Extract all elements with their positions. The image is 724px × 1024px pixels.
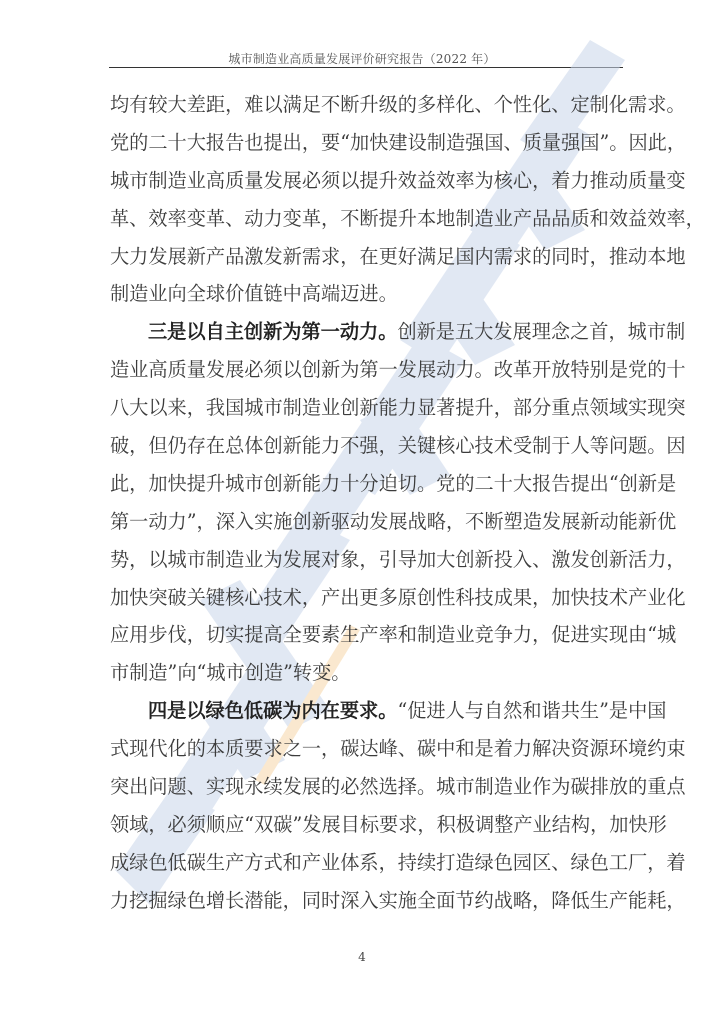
- text-line: 领域，必须顺应“双碳”发展目标要求，积极调整产业结构，加快形: [110, 806, 626, 844]
- text-line: 均有较大差距，难以满足不断升级的多样化、个性化、定制化需求。: [110, 86, 626, 124]
- text-line: 制造业向全球价值链中高端迈进。: [110, 275, 626, 313]
- text-line: 市制造”向“城市创造”转变。: [110, 654, 626, 692]
- text-line: 势，以城市制造业为发展对象，引导加大创新投入、激发创新活力，: [110, 541, 626, 579]
- text-line: 革、效率变革、动力变革，不断提升本地制造业产品品质和效益效率，: [110, 200, 626, 238]
- text-line: 城市制造业高质量发展必须以提升效益效率为核心，着力推动质量变: [110, 162, 626, 200]
- text-line: 力挖掘绿色增长潜能，同时深入实施全面节约战略，降低生产能耗，: [110, 882, 626, 920]
- text-line: 破，但仍存在总体创新能力不强，关键核心技术受制于人等问题。因: [110, 427, 626, 465]
- paragraph-start-green: 四是以绿色低碳为内在要求。“促进人与自然和谐共生”是中国: [110, 692, 626, 730]
- text-line: 式现代化的本质要求之一，碳达峰、碳中和是着力解决资源环境约束: [110, 730, 626, 768]
- document-page: 城市制造业高质量发展评价研究报告（2022 年）: [0, 0, 724, 1024]
- paragraph-lead-heading: 三是以自主创新为第一动力。: [148, 320, 397, 343]
- text-span: 创新是五大发展理念之首，城市制: [397, 320, 685, 343]
- text-line: 突出问题、实现永续发展的必然选择。城市制造业作为碳排放的重点: [110, 768, 626, 806]
- text-line: 造业高质量发展必须以创新为第一发展动力。改革开放特别是党的十: [110, 351, 626, 389]
- running-header: 城市制造业高质量发展评价研究报告（2022 年）: [0, 50, 724, 67]
- text-span: “促进人与自然和谐共生”是中国: [397, 699, 666, 722]
- text-line: 大力发展新产品激发新需求，在更好满足国内需求的同时，推动本地: [110, 238, 626, 276]
- text-line: 加快突破关键核心技术，产出更多原创性科技成果，加快技术产业化: [110, 579, 626, 617]
- text-line: 成绿色低碳生产方式和产业体系，持续打造绿色园区、绿色工厂，着: [110, 844, 626, 882]
- text-line: 此，加快提升城市创新能力十分迫切。党的二十大报告提出“创新是: [110, 465, 626, 503]
- paragraph-start-innovation: 三是以自主创新为第一动力。创新是五大发展理念之首，城市制: [110, 313, 626, 351]
- text-line: 党的二十大报告也提出，要“加快建设制造强国、质量强国”。因此，: [110, 124, 626, 162]
- text-line: 应用步伐，切实提高全要素生产率和制造业竞争力，促进实现由“城: [110, 616, 626, 654]
- paragraph-lead-heading: 四是以绿色低碳为内在要求。: [148, 699, 397, 722]
- text-line: 八大以来，我国城市制造业创新能力显著提升，部分重点领域实现突: [110, 389, 626, 427]
- header-divider: [109, 67, 623, 68]
- body-text: 均有较大差距，难以满足不断升级的多样化、个性化、定制化需求。 党的二十大报告也提…: [110, 86, 626, 920]
- page-number: 4: [0, 950, 724, 964]
- text-line: 第一动力”，深入实施创新驱动发展战略，不断塑造发展新动能新优: [110, 503, 626, 541]
